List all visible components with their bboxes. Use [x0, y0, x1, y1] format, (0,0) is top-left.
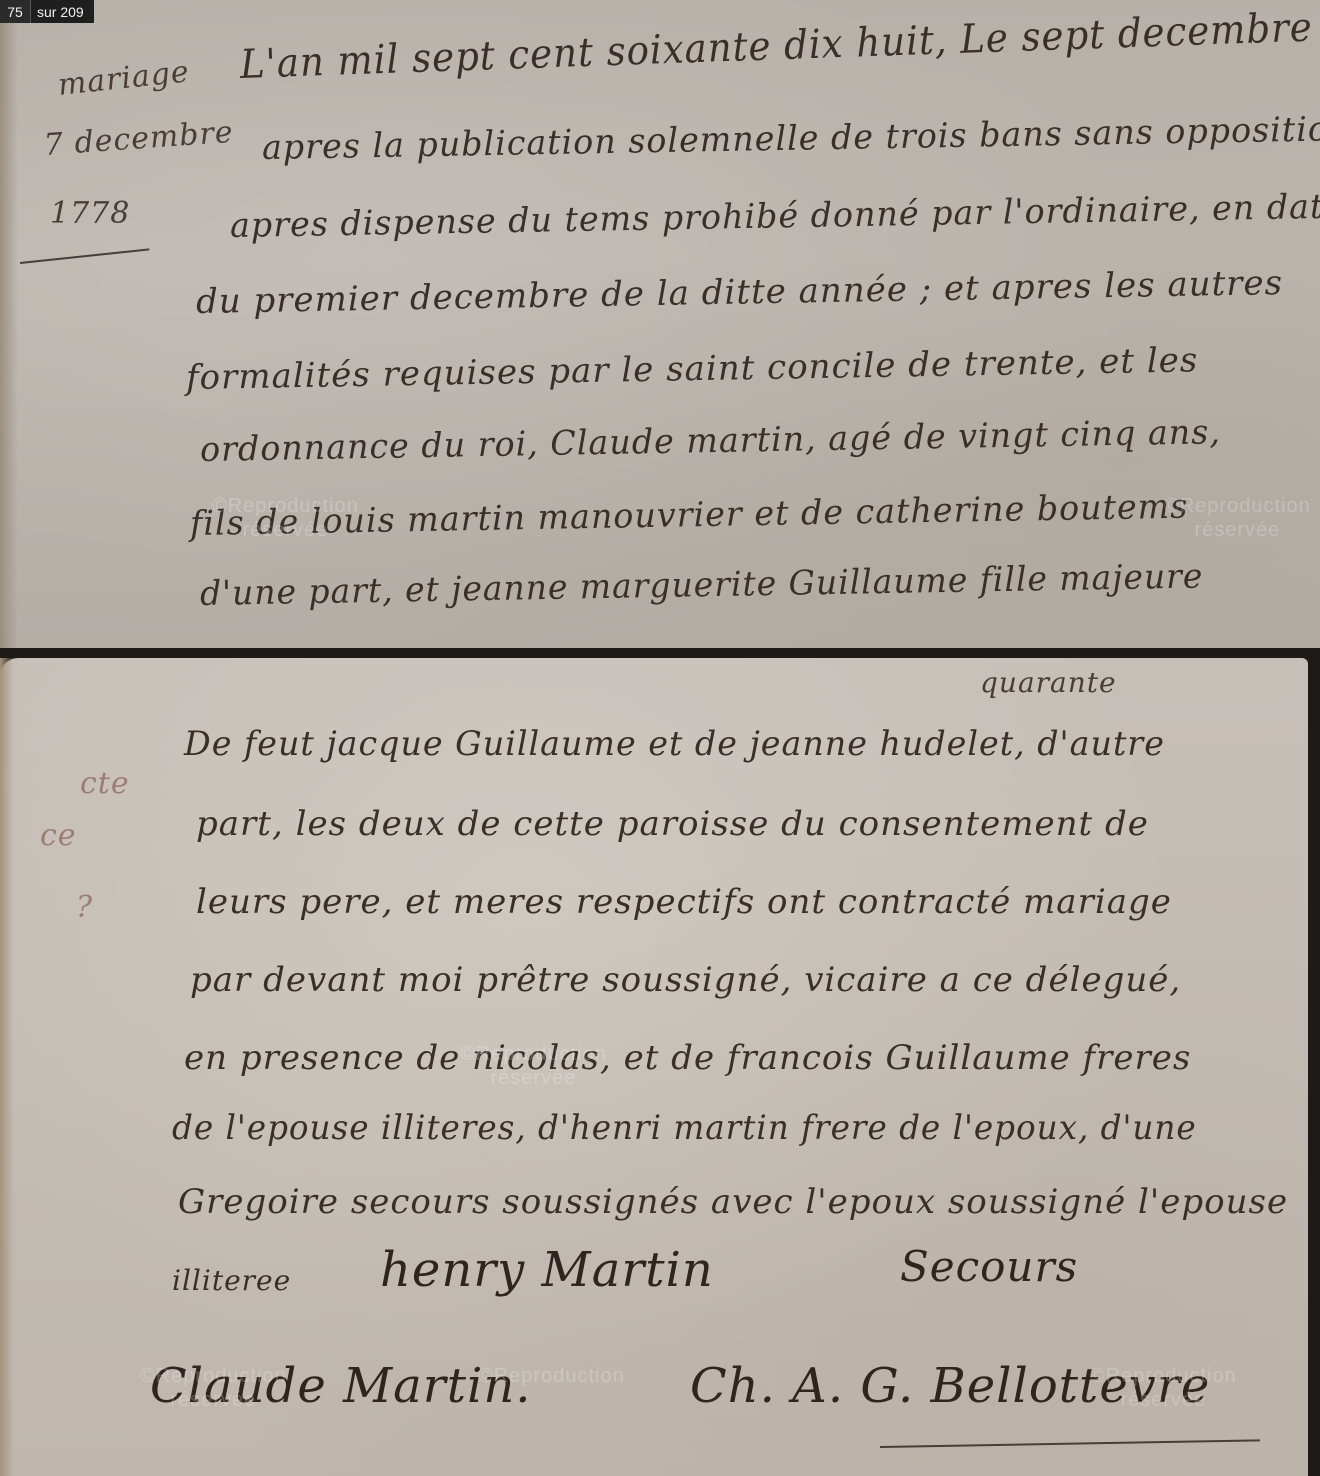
text-line: par devant moi prêtre soussigné, vicaire…: [190, 960, 1181, 1000]
insertion-note: quarante: [980, 666, 1117, 699]
margin-rule: [20, 248, 149, 264]
bleed-through-text: cte: [80, 766, 130, 801]
text-line: apres dispense du tems prohibé donné par…: [230, 186, 1320, 246]
watermark: ©Reproduction réservée: [140, 1364, 287, 1412]
signature-underline: [880, 1439, 1260, 1448]
text-line: d'une part, et jeanne marguerite Guillau…: [200, 556, 1204, 614]
watermark: ©Reproduction réservée: [460, 1042, 607, 1090]
watermark: ©Reproduction réservée: [212, 494, 359, 542]
watermark: ©Reproduction: [478, 1364, 625, 1388]
watermark: ©Reproduction réservée: [1090, 1364, 1237, 1412]
total-pages-label: sur 209: [31, 0, 94, 23]
text-line: ordonnance du roi, Claude martin, agé de…: [200, 412, 1222, 470]
bleed-through-text: ?: [76, 890, 93, 925]
watermark: ©Reproduction réservée: [1164, 494, 1311, 542]
text-line: formalités requises par le saint concile…: [186, 340, 1199, 398]
paper-sheet: quarante cte ce ? De feut jacque Guillau…: [0, 658, 1308, 1476]
margin-note-line: 7 decembre: [43, 115, 235, 163]
text-line: de l'epouse illiteres, d'henri martin fr…: [172, 1108, 1197, 1148]
scan-page-bottom: quarante cte ce ? De feut jacque Guillau…: [0, 648, 1320, 1476]
bleed-through-text: ce: [40, 818, 77, 853]
page-counter: 75 sur 209: [0, 0, 94, 23]
text-line: part, les deux de cette paroisse du cons…: [196, 804, 1149, 844]
text-line: en presence de nicolas, et de francois G…: [184, 1038, 1191, 1078]
scan-page-top: mariage 7 decembre 1778 L'an mil sept ce…: [0, 0, 1320, 648]
text-line: apres la publication solemnelle de trois…: [262, 109, 1320, 168]
signature-witness-2: Secours: [900, 1242, 1078, 1291]
text-line: L'an mil sept cent soixante dix huit, Le…: [239, 5, 1313, 88]
text-line: leurs pere, et meres respectifs ont cont…: [196, 882, 1172, 922]
text-line: Gregoire secours soussignés avec l'epoux…: [178, 1182, 1288, 1222]
current-page-field[interactable]: 75: [0, 0, 31, 23]
text-line: du premier decembre de la ditte année ; …: [196, 263, 1284, 322]
text-line: illiteree: [172, 1264, 291, 1297]
document-viewer: 75 sur 209 mariage 7 decembre 1778 L'an …: [0, 0, 1320, 1476]
margin-note-line: 1778: [50, 196, 130, 231]
text-line: De feut jacque Guillaume et de jeanne hu…: [184, 724, 1165, 764]
signature-witness: henry Martin: [380, 1242, 714, 1298]
margin-note-line: mariage: [56, 54, 191, 103]
